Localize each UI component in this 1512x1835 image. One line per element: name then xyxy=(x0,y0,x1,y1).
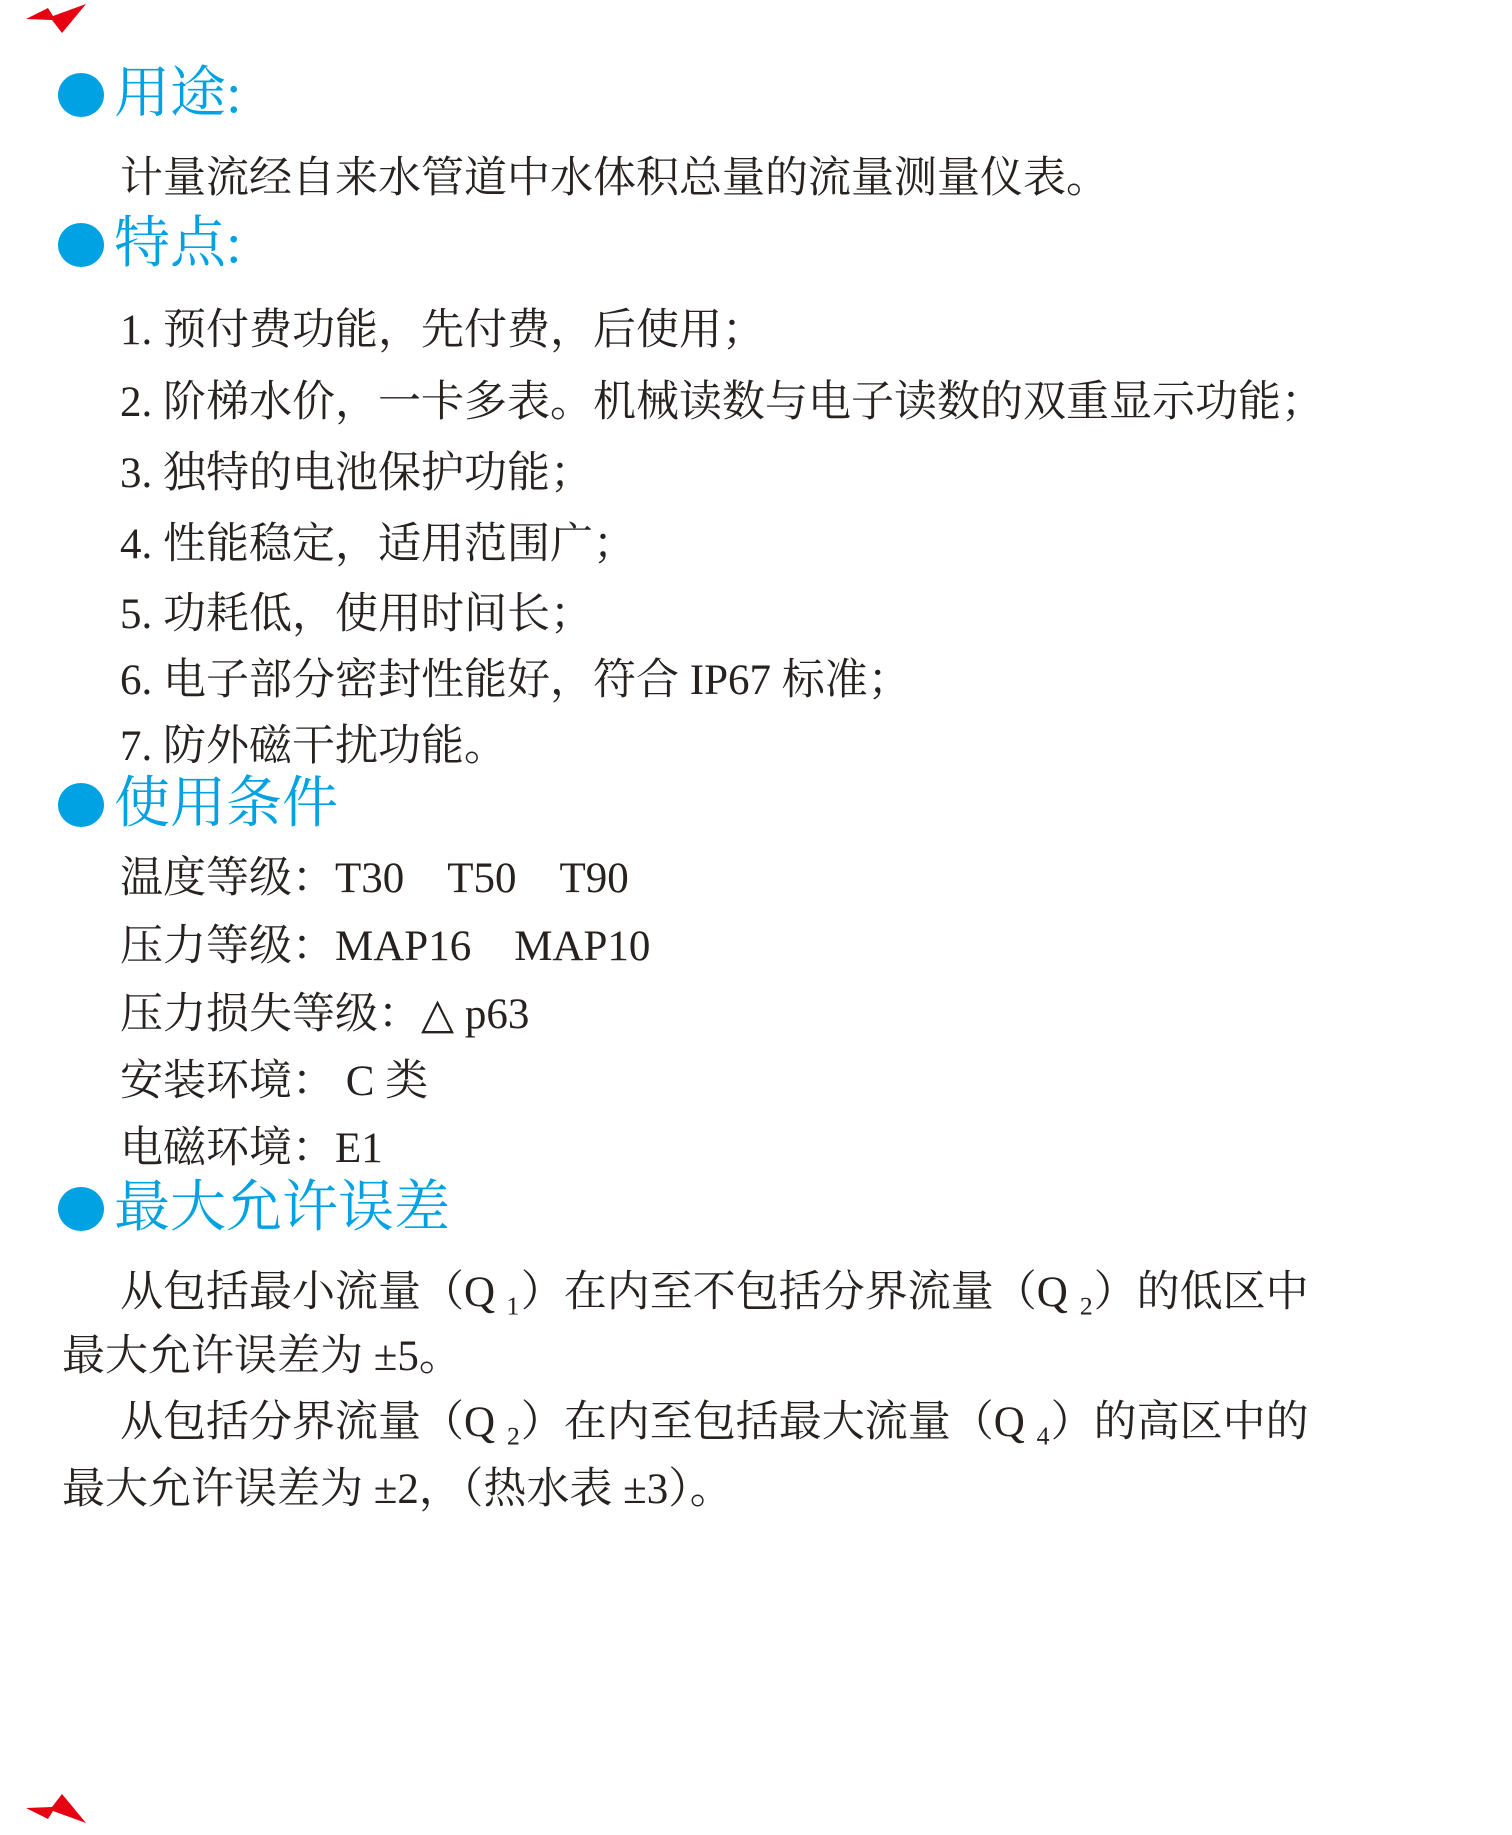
feature-list-item: 3. 独特的电池保护功能； xyxy=(120,447,593,501)
feature-list-item: 4. 性能稳定，适用范围广； xyxy=(120,518,636,572)
red-corner-mark-icon xyxy=(26,1793,90,1823)
feature-list-item: 6. 电子部分密封性能好，符合 IP67 标准； xyxy=(120,654,911,708)
document-page: 用途: 计量流经自来水管道中水体积总量的流量测量仪表。 特点: 1. 预付费功能… xyxy=(0,0,1512,1835)
heading-text: 使用条件 xyxy=(114,774,338,836)
condition-line-pressure-loss: 压力损失等级：△ p63 xyxy=(120,988,529,1042)
heading-text: 用途: xyxy=(114,64,242,126)
section-heading-conditions: 使用条件 xyxy=(58,774,338,836)
purpose-body-text: 计量流经自来水管道中水体积总量的流量测量仪表。 xyxy=(120,152,1109,206)
bullet-icon xyxy=(58,73,104,117)
condition-line-temperature: 温度等级：T30 T50 T90 xyxy=(120,852,629,906)
heading-text: 最大允许误差 xyxy=(114,1178,450,1240)
section-heading-purpose: 用途: xyxy=(58,64,242,126)
max-error-paragraph2-line2: 最大允许误差为 ±2，（热水表 ±3）。 xyxy=(62,1463,733,1517)
feature-list-item: 1. 预付费功能，先付费，后使用； xyxy=(120,304,765,358)
max-error-paragraph2-line1: 从包括分界流量（Q ₂）在内至包括最大流量（Q ₄）的高区中的 xyxy=(120,1396,1309,1450)
max-error-paragraph1-line2: 最大允许误差为 ±5。 xyxy=(62,1330,462,1384)
feature-list-item: 2. 阶梯水价，一卡多表。机械读数与电子读数的双重显示功能； xyxy=(120,376,1324,430)
section-heading-max-error: 最大允许误差 xyxy=(58,1178,450,1240)
bullet-icon xyxy=(58,1187,104,1231)
feature-list-item: 5. 功耗低，使用时间长； xyxy=(120,588,593,642)
section-heading-features: 特点: xyxy=(58,214,242,276)
max-error-paragraph1-line1: 从包括最小流量（Q ₁）在内至不包括分界流量（Q ₂）的低区中 xyxy=(120,1266,1309,1320)
heading-text: 特点: xyxy=(114,214,242,276)
condition-line-electromagnetic: 电磁环境：E1 xyxy=(120,1122,383,1176)
feature-list-item: 7. 防外磁干扰功能。 xyxy=(120,720,507,774)
condition-line-pressure: 压力等级：MAP16 MAP10 xyxy=(120,920,650,974)
bullet-icon xyxy=(58,783,104,827)
condition-line-installation: 安装环境： C 类 xyxy=(120,1055,428,1109)
bullet-icon xyxy=(58,223,104,267)
red-corner-mark-icon xyxy=(26,4,90,34)
